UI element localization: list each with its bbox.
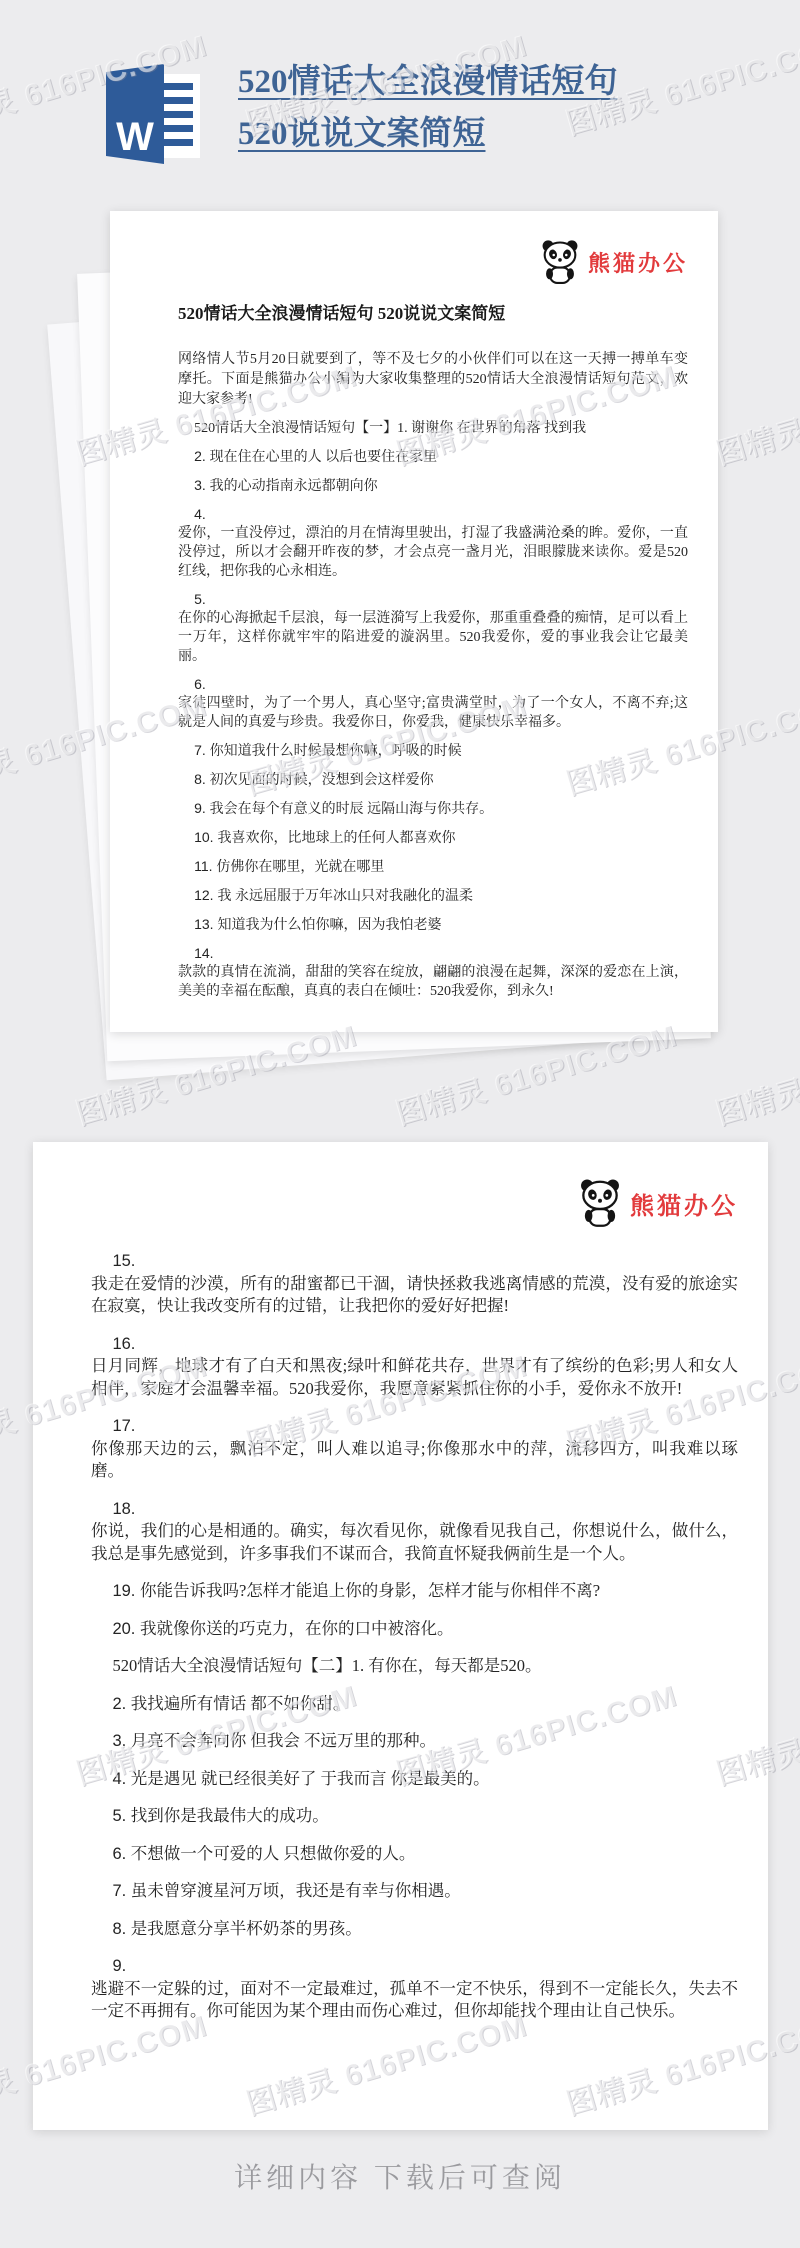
item-number: 5. [178, 590, 688, 609]
item-number: 16. [91, 1333, 738, 1356]
item-number: 2. [112, 1695, 130, 1713]
doc-list-item: 2. 我找遍所有情话 都不如你甜。 [91, 1693, 738, 1716]
doc-list-item: 9. 我会在每个有意义的时辰 远隔山海与你共存。 [178, 799, 688, 819]
item-number: 6. [178, 675, 688, 694]
word-file-icon: W [106, 64, 202, 164]
document-title-line2[interactable]: 520说说文案简短 [238, 108, 618, 160]
doc-list-item: 16.日月同辉，地球才有了白天和黑夜;绿叶和鲜花共存，世界才有了缤纷的色彩;男人… [91, 1333, 738, 1401]
item-text: 逃避不一定躲的过，面对不一定最难过，孤单不一定不快乐，得到不一定能长久，失去不一… [91, 1978, 738, 2023]
item-number: 10. [194, 829, 217, 845]
item-number: 3. [194, 477, 210, 493]
doc1-intro: 网络情人节5月20日就要到了，等不及七夕的小伙伴们可以在这一天搏一搏单车变摩托。… [178, 350, 688, 410]
item-text: 19. 你能告诉我吗?怎样才能追上你的身影，怎样才能与你相伴不离? [91, 1580, 738, 1603]
panda-icon [577, 1178, 623, 1228]
item-number: 11. [194, 858, 216, 874]
doc-list-item: 2. 现在住在心里的人 以后也要住在家里 [178, 447, 688, 467]
item-text: 520情话大全浪漫情话短句【二】1. 有你在，每天都是520。 [91, 1655, 738, 1678]
item-number: 13. [194, 916, 217, 932]
watermark-text: 图精灵 616PIC.COM [710, 1011, 800, 1133]
item-text: 你说，我们的心是相通的。确实，每次看见你，就像看见我自己，你想说什么，做什么，我… [91, 1520, 738, 1565]
doc-list-item: 520情话大全浪漫情话短句【一】1. 谢谢你 在世界的角落 找到我 [178, 419, 688, 438]
item-text: 8. 是我愿意分享半杯奶茶的男孩。 [91, 1918, 738, 1941]
doc-list-item: 6. 不想做一个可爱的人 只想做你爱的人。 [91, 1843, 738, 1866]
item-text: 家徒四壁时，为了一个男人，真心坚守;富贵满堂时，为了一个女人，不离不弃;这就是人… [178, 694, 688, 732]
footer-caption: 详细内容 下载后可查阅 [0, 2156, 800, 2196]
panda-icon [539, 239, 581, 285]
doc-list-item: 520情话大全浪漫情话短句【二】1. 有你在，每天都是520。 [91, 1655, 738, 1678]
doc-list-item: 13. 知道我为什么怕你嘛，因为我怕老婆 [178, 915, 688, 935]
doc-list-item: 12. 我 永远屈服于万年冰山只对我融化的温柔 [178, 886, 688, 906]
item-number: 18. [91, 1498, 738, 1521]
brand-logo-row: 熊猫办公 [178, 239, 688, 285]
item-text: 12. 我 永远屈服于万年冰山只对我融化的温柔 [178, 886, 688, 906]
doc-list-item: 20. 我就像你送的巧克力，在你的口中被溶化。 [91, 1618, 738, 1641]
doc-list-item: 7. 你知道我什么时候最想你嘛，呼吸的时候 [178, 741, 688, 761]
item-number: 17. [91, 1415, 738, 1438]
doc-list-item: 8. 初次见面的时候，没想到会这样爱你 [178, 770, 688, 790]
item-number: 14. [178, 944, 688, 963]
doc-list-item: 6.家徒四壁时，为了一个男人，真心坚守;富贵满堂时，为了一个女人，不离不弃;这就… [178, 675, 688, 732]
item-number: 8. [194, 771, 210, 787]
item-number: 4. [112, 1770, 130, 1788]
item-text: 520情话大全浪漫情话短句【一】1. 谢谢你 在世界的角落 找到我 [178, 419, 688, 438]
document-page-1: 熊猫办公 520情话大全浪漫情话短句 520说说文案简短 网络情人节5月20日就… [110, 211, 718, 1032]
doc-list-item: 19. 你能告诉我吗?怎样才能追上你的身影，怎样才能与你相伴不离? [91, 1580, 738, 1603]
item-text: 在你的心海掀起千层浪，每一层涟漪写上我爱你，那重重叠叠的痴情，足可以看上一万年，… [178, 609, 688, 666]
brand-logo-row: 熊猫办公 [91, 1178, 738, 1228]
doc-list-item: 18.你说，我们的心是相通的。确实，每次看见你，就像看见我自己，你想说什么，做什… [91, 1498, 738, 1566]
doc-list-item: 5.在你的心海掀起千层浪，每一层涟漪写上我爱你，那重重叠叠的痴情，足可以看上一万… [178, 590, 688, 666]
item-text: 7. 虽未曾穿渡星河万顷，我还是有幸与你相遇。 [91, 1880, 738, 1903]
document-page-2: 熊猫办公 15.我走在爱情的沙漠，所有的甜蜜都已干涸，请快拯救我逃离情感的荒漠，… [33, 1142, 768, 2130]
doc-list-item: 10. 我喜欢你，比地球上的任何人都喜欢你 [178, 828, 688, 848]
item-number: 20. [112, 1620, 140, 1638]
doc-list-item: 4.爱你，一直没停过，漂泊的月在情海里驶出，打湿了我盛满沧桑的眸。爱你，一直没停… [178, 505, 688, 581]
item-text: 4. 光是遇见 就已经很美好了 于我而言 你是最美的。 [91, 1768, 738, 1791]
item-number: 12. [194, 887, 217, 903]
document-title-link[interactable]: 520情话大全浪漫情话短句 520说说文案简短 [238, 56, 618, 160]
item-text: 6. 不想做一个可爱的人 只想做你爱的人。 [91, 1843, 738, 1866]
item-text: 2. 现在住在心里的人 以后也要住在家里 [178, 447, 688, 467]
doc1-item-list: 520情话大全浪漫情话短句【一】1. 谢谢你 在世界的角落 找到我2. 现在住在… [178, 419, 688, 1001]
doc2-item-list: 15.我走在爱情的沙漠，所有的甜蜜都已干涸，请快拯救我逃离情感的荒漠，没有爱的旅… [91, 1250, 738, 2023]
document-preview-page: W 520情话大全浪漫情话短句 520说说文案简短 熊猫办公 52 [0, 0, 800, 2248]
item-text: 款款的真情在流淌，甜甜的笑容在绽放，翩翩的浪漫在起舞，深深的爱恋在上演，美美的幸… [178, 963, 688, 1001]
doc-list-item: 14.款款的真情在流淌，甜甜的笑容在绽放，翩翩的浪漫在起舞，深深的爱恋在上演，美… [178, 944, 688, 1001]
doc-list-item: 11. 仿佛你在哪里，光就在哪里 [178, 857, 688, 877]
item-text: 日月同辉，地球才有了白天和黑夜;绿叶和鲜花共存，世界才有了缤纷的色彩;男人和女人… [91, 1355, 738, 1400]
item-number: 19. [112, 1582, 140, 1600]
item-text: 9. 我会在每个有意义的时辰 远隔山海与你共存。 [178, 799, 688, 819]
item-number: 4. [178, 505, 688, 524]
doc-list-item: 3. 月亮不会奔向你 但我会 不远万里的那种。 [91, 1730, 738, 1753]
doc-list-item: 8. 是我愿意分享半杯奶茶的男孩。 [91, 1918, 738, 1941]
doc-list-item: 7. 虽未曾穿渡星河万顷，我还是有幸与你相遇。 [91, 1880, 738, 1903]
item-text: 你像那天边的云，飘泊不定，叫人难以追寻;你像那水中的萍，流移四方，叫我难以琢磨。 [91, 1438, 738, 1483]
item-text: 13. 知道我为什么怕你嘛，因为我怕老婆 [178, 915, 688, 935]
item-number: 8. [112, 1920, 130, 1938]
document-title-line1[interactable]: 520情话大全浪漫情话短句 [238, 56, 618, 108]
item-number: 7. [194, 742, 210, 758]
word-icon-letter: W [106, 64, 164, 164]
doc-list-item: 9.逃避不一定躲的过，面对不一定最难过，孤单不一定不快乐，得到不一定能长久，失去… [91, 1955, 738, 2023]
item-text: 20. 我就像你送的巧克力，在你的口中被溶化。 [91, 1618, 738, 1641]
item-number: 6. [112, 1845, 130, 1863]
doc-list-item: 3. 我的心动指南永远都朝向你 [178, 476, 688, 496]
item-number: 2. [194, 448, 210, 464]
item-text: 5. 找到你是我最伟大的成功。 [91, 1805, 738, 1828]
item-number: 9. [194, 800, 210, 816]
item-text: 2. 我找遍所有情话 都不如你甜。 [91, 1693, 738, 1716]
item-number: 3. [112, 1732, 130, 1750]
doc1-title: 520情话大全浪漫情话短句 520说说文案简短 [178, 299, 688, 324]
item-text: 10. 我喜欢你，比地球上的任何人都喜欢你 [178, 828, 688, 848]
brand-name: 熊猫办公 [588, 247, 688, 278]
doc-list-item: 4. 光是遇见 就已经很美好了 于我而言 你是最美的。 [91, 1768, 738, 1791]
item-text: 11. 仿佛你在哪里，光就在哪里 [178, 857, 688, 877]
doc-list-item: 5. 找到你是我最伟大的成功。 [91, 1805, 738, 1828]
item-text: 3. 我的心动指南永远都朝向你 [178, 476, 688, 496]
doc-list-item: 17.你像那天边的云，飘泊不定，叫人难以追寻;你像那水中的萍，流移四方，叫我难以… [91, 1415, 738, 1483]
item-number: 7. [112, 1882, 130, 1900]
watermark-text: 图精灵 616PIC.COM [710, 351, 800, 473]
item-text: 8. 初次见面的时候，没想到会这样爱你 [178, 770, 688, 790]
doc-list-item: 15.我走在爱情的沙漠，所有的甜蜜都已干涸，请快拯救我逃离情感的荒漠，没有爱的旅… [91, 1250, 738, 1318]
item-text: 3. 月亮不会奔向你 但我会 不远万里的那种。 [91, 1730, 738, 1753]
item-text: 7. 你知道我什么时候最想你嘛，呼吸的时候 [178, 741, 688, 761]
item-number: 5. [112, 1807, 130, 1825]
brand-name: 熊猫办公 [630, 1186, 738, 1221]
item-text: 我走在爱情的沙漠，所有的甜蜜都已干涸，请快拯救我逃离情感的荒漠，没有爱的旅途实在… [91, 1273, 738, 1318]
item-number: 15. [91, 1250, 738, 1273]
item-number: 9. [91, 1955, 738, 1978]
item-text: 爱你，一直没停过，漂泊的月在情海里驶出，打湿了我盛满沧桑的眸。爱你，一直没停过，… [178, 524, 688, 581]
